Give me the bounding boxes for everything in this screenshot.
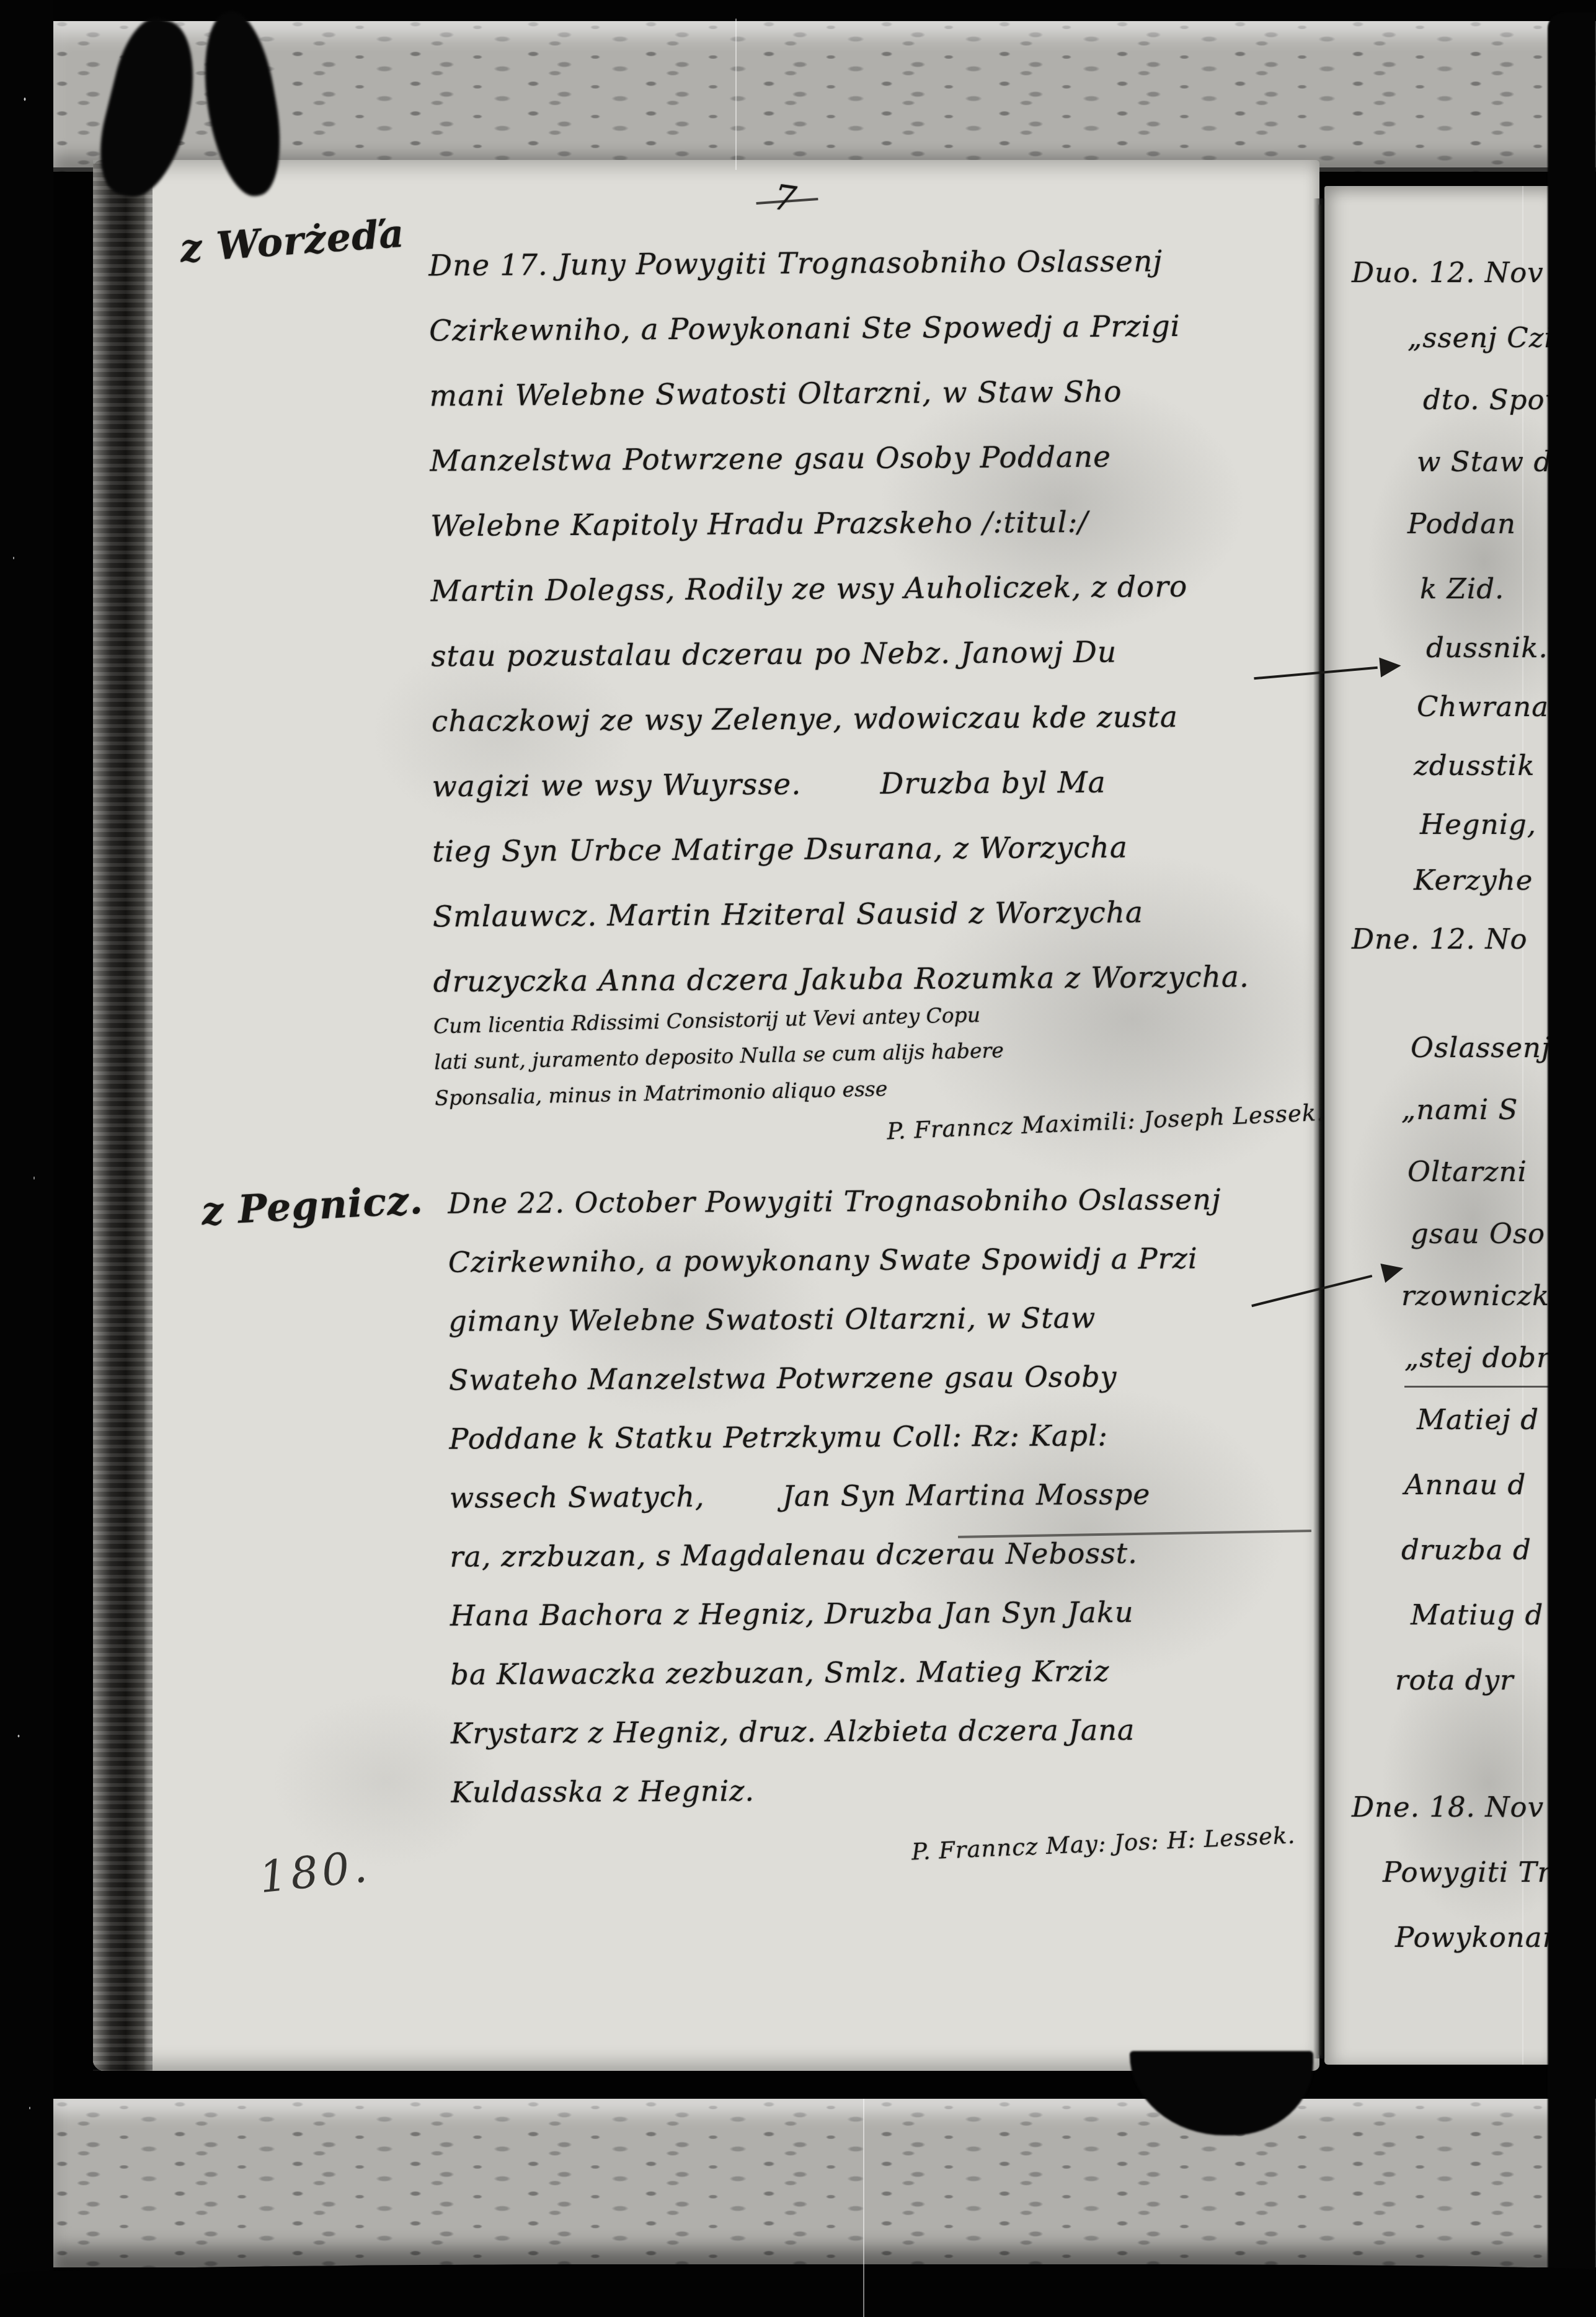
entry-1-line: Czirkewniho, a Powykonani Ste Spowedj a … (429, 293, 1323, 364)
right-page-line: Dne. 18. Nov (1352, 1779, 1544, 1835)
film-scratch (735, 19, 737, 170)
entry-1-line: Martin Dolegss, Rodily ze wsy Auholiczek… (430, 554, 1324, 624)
microfilm-scan: { "palette": { "film_black": "#020202", … (0, 0, 1596, 2317)
right-page-line: Oslassenj (1411, 1020, 1551, 1076)
entry-2-line: Hana Bachora z Hegniz, Druzba Jan Syn Ja… (450, 1582, 1331, 1645)
book-fore-edge-bottom (50, 2099, 1596, 2267)
entry-1-line: mani Welebne Swatosti Oltarzni, w Staw S… (429, 358, 1323, 429)
arrow-shaft (1254, 667, 1378, 680)
entry-1-line: Smlauwcz. Martin Hziteral Sausid z Worzy… (433, 879, 1326, 950)
entry-2-line: gimany Welebne Swatosti Oltarzni, w Staw (448, 1287, 1329, 1350)
entry-2-line: wssech Swatych, Jan Syn Martina Mosspe (450, 1464, 1330, 1527)
film-scratch (863, 2099, 864, 2317)
right-page-line: rzowniczk (1401, 1268, 1549, 1324)
right-page-line: „nami S (1401, 1082, 1518, 1138)
right-page-line: dussnik. (1426, 620, 1548, 676)
entry-2-line: ba Klawaczka zezbuzan, Smlz. Matieg Krzi… (450, 1641, 1331, 1704)
film-border-left (0, 0, 53, 2317)
right-page-line: rota dyr (1395, 1652, 1514, 1708)
film-border-bottom (0, 2264, 1596, 2317)
entry-2-text: Dne 22. October Powygiti Trognasobniho O… (448, 1169, 1331, 1822)
right-page-line: Poddan (1408, 496, 1516, 552)
right-page-line: gsau Oso (1411, 1206, 1545, 1262)
right-page-line: w Staw d (1417, 434, 1552, 490)
right-page-line: Powykonan (1395, 1910, 1561, 1965)
book-fore-edge-top (50, 19, 1596, 172)
entry-1-line: stau pozustalau dczerau po Nebz. Janowj … (431, 619, 1324, 689)
entry-2-line: Poddane k Statku Petrzkymu Coll: Rz: Kap… (449, 1405, 1329, 1468)
right-page-line: Kerzyhe (1414, 853, 1533, 908)
right-page-line: Matiej d (1417, 1392, 1539, 1448)
entry-1-line: Dne 17. Juny Powygiti Trognasobniho Osla… (428, 228, 1322, 299)
right-page-line: Powygiti Tr (1383, 1845, 1551, 1900)
entry-1-text: Dne 17. Juny Powygiti Trognasobniho Osla… (428, 228, 1326, 1015)
film-border-right (1548, 12, 1596, 2294)
entry-1-latin-note: Cum licentia Rdissimi Consistorij ut Vev… (433, 991, 1290, 1117)
entry-2-line: Krystarz z Hegniz, druz. Alzbieta dczera… (451, 1699, 1331, 1763)
entry-1-line: tieg Syn Urbce Matirge Dsurana, z Worzyc… (432, 814, 1326, 885)
right-page-line: Matiug d (1411, 1587, 1543, 1643)
entry-2-line: Kuldasska z Hegniz. (451, 1758, 1331, 1822)
entry-1-line: chaczkowj ze wsy Zelenye, wdowiczau kde … (432, 684, 1325, 755)
entry-1-line: Welebne Kapitoly Hradu Prazskeho /:titul… (430, 489, 1324, 559)
entry-2-line: Czirkewniho, a powykonany Swate Spowidj … (448, 1228, 1329, 1291)
entry-1-line: Manzelstwa Potwrzene gsau Osoby Poddane (430, 423, 1323, 494)
right-page-line: Dne. 12. No (1352, 911, 1528, 967)
right-page-line: zdusstik (1414, 738, 1535, 794)
arrow-head (1379, 656, 1402, 678)
right-page-line: k Zid. (1420, 561, 1504, 617)
right-page-line: druzba d (1401, 1522, 1532, 1578)
binding-page-edges (93, 160, 153, 2071)
right-page-line: Chwrana (1417, 679, 1549, 735)
entry-2-line: Swateho Manzelstwa Potwrzene gsau Osoby (449, 1346, 1329, 1409)
right-page-line: Duo. 12. Nov (1352, 245, 1544, 301)
entry-1-line: wagizi we wsy Wuyrsse. Druzba byl Ma (432, 749, 1325, 820)
right-page-line: Annau d (1404, 1457, 1526, 1513)
right-page-line-underlined: „stej dobr (1404, 1330, 1551, 1388)
right-page-line: Oltarzni (1408, 1144, 1527, 1200)
entry-2-line: Dne 22. October Powygiti Trognasobniho O… (448, 1169, 1328, 1233)
right-page-line: „ssenj Czi (1408, 310, 1554, 366)
right-page-line: Hegnig, (1420, 797, 1536, 853)
